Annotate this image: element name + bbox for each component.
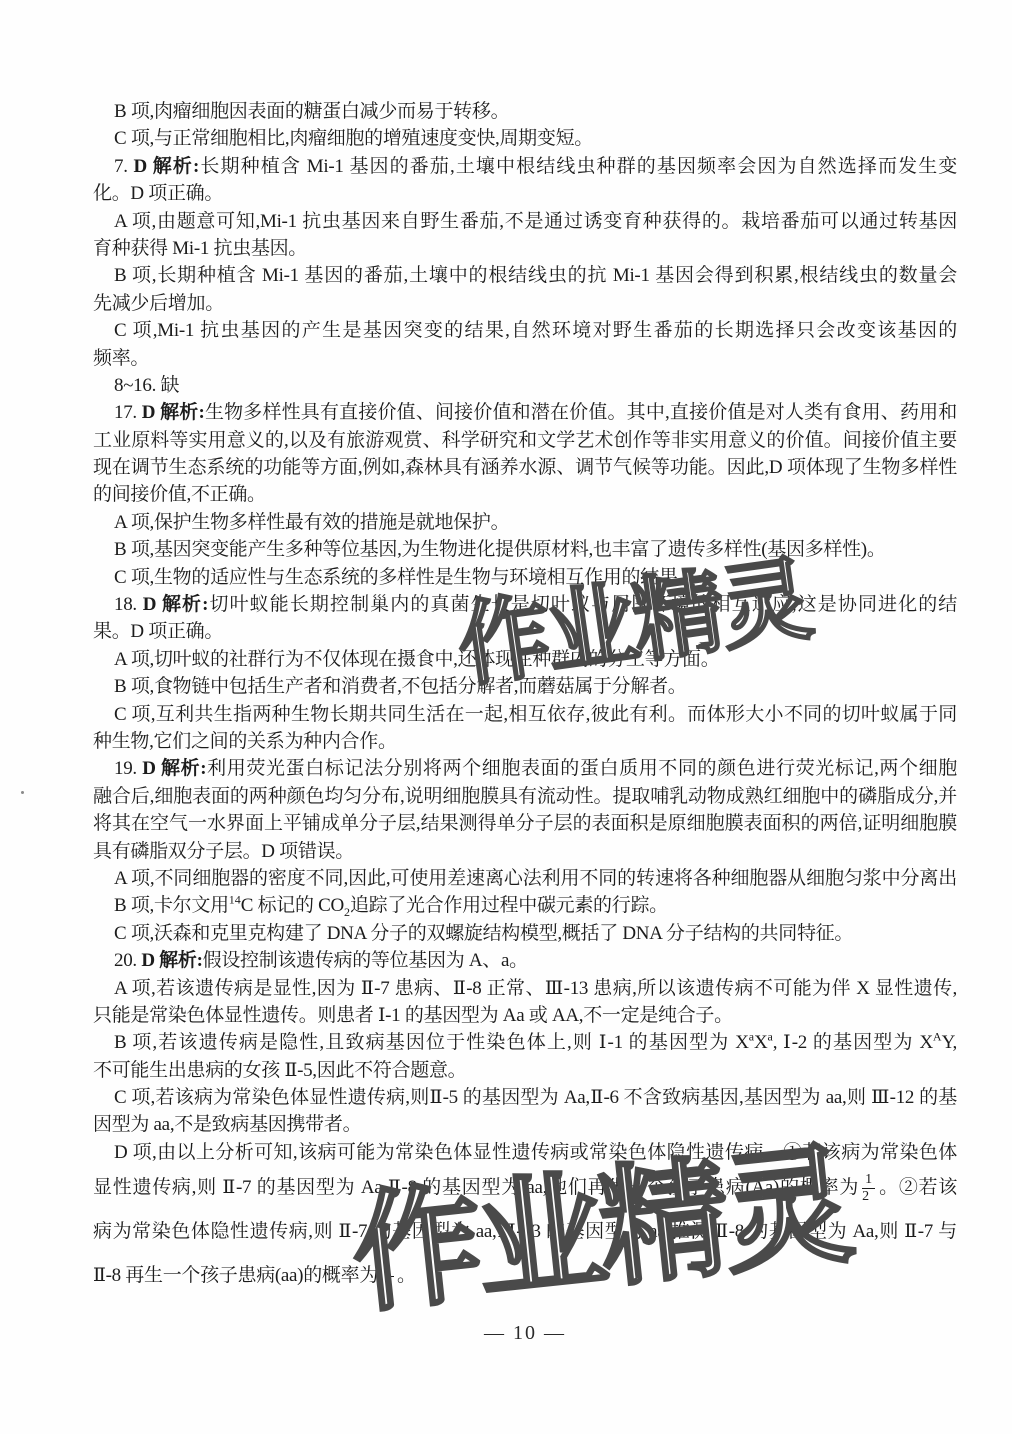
- text-line: 现在调节生态系统的功能等方面,例如,森林具有涵养水源、调节气候等功能。因此,D …: [93, 454, 957, 481]
- text-line: 频率。: [93, 345, 957, 372]
- text-line: 育种获得 Mi-1 抗虫基因。: [93, 235, 957, 262]
- text-line: B 项,基因突变能产生多种等位基因,为生物进化提供原材料,也丰富了遗传多样性(基…: [93, 536, 957, 563]
- answer-label: D 解析:: [142, 758, 206, 779]
- document-page: B 项,肉瘤细胞因表面的糖蛋白减少而易于转移。C 项,与正常细胞相比,肉瘤细胞的…: [0, 0, 1012, 1434]
- text-line: C 项,沃森和克里克构建了 DNA 分子的双螺旋结构模型,概括了 DNA 分子结…: [93, 920, 957, 947]
- text-line: B 项,卡尔文用14C 标记的 CO2追踪了光合作用过程中碳元素的行踪。: [93, 892, 957, 919]
- text-line: 种生物,它们之间的关系为种内合作。: [93, 728, 957, 755]
- answer-label: D 解析:: [142, 402, 205, 423]
- fraction: 12: [862, 1173, 875, 1205]
- text-line: A 项,若该遗传病是显性,因为 Ⅱ-7 患病、Ⅱ-8 正常、Ⅲ-13 患病,所以…: [93, 975, 957, 1002]
- text-line: C 项,Mi-1 抗虫基因的产生是基因突变的结果,自然环境对野生番茄的长期选择只…: [93, 317, 957, 344]
- text-line: C 项,互利共生指两种生物长期共同生活在一起,相互依存,彼此有利。而体形大小不同…: [93, 701, 957, 728]
- scan-speck: [21, 791, 24, 794]
- text-line: B 项,若该遗传病是隐性,且致病基因位于性染色体上,则 Ⅰ-1 的基因型为 Xa…: [93, 1029, 957, 1056]
- text-line: 8~16. 缺: [93, 372, 957, 399]
- text-line: C 项,与正常细胞相比,肉瘤细胞的增殖速度变快,周期变短。: [93, 125, 957, 152]
- text-line: 19. D 解析:利用荧光蛋白标记法分别将两个细胞表面的蛋白质用不同的颜色进行荧…: [93, 755, 957, 782]
- text-line: A 项,保护生物多样性最有效的措施是就地保护。: [93, 509, 957, 536]
- text-line: A 项,不同细胞器的密度不同,因此,可使用差速离心法利用不同的转速将各种细胞器从…: [93, 865, 957, 892]
- answer-label: D 解析:: [143, 594, 208, 615]
- text-line: 先减少后增加。: [93, 290, 957, 317]
- text-line: B 项,长期种植含 Mi-1 基因的番茄,土壤中的根结线虫的抗 Mi-1 基因会…: [93, 262, 957, 289]
- text-line: 的间接价值,不正确。: [93, 481, 957, 508]
- text-line: 7. D 解析:长期种植含 Mi-1 基因的番茄,土壤中根结线虫种群的基因频率会…: [93, 153, 957, 180]
- text-line: 不可能生出患病的女孩 Ⅱ-5,因此不符合题意。: [93, 1057, 957, 1084]
- text-line: 具有磷脂双分子层。D 项错误。: [93, 838, 957, 865]
- text-line: B 项,肉瘤细胞因表面的糖蛋白减少而易于转移。: [93, 98, 957, 125]
- page-number: — 10 —: [93, 1322, 957, 1345]
- text-line: 只能是常染色体显性遗传。则患者 Ⅰ-1 的基因型为 Aa 或 AA,不一定是纯合…: [93, 1002, 957, 1029]
- answer-label: D 解析:: [141, 950, 202, 971]
- answer-label: D 解析:: [134, 156, 200, 177]
- text-line: 20. D 解析:假设控制该遗传病的等位基因为 A、a。: [93, 947, 957, 974]
- text-line: 工业原料等实用意义的,以及有旅游观赏、科学研究和文学艺术创作等非实用意义的价值。…: [93, 427, 957, 454]
- text-line: 17. D 解析:生物多样性具有直接价值、间接价值和潜在价值。其中,直接价值是对…: [93, 399, 957, 426]
- text-line: 将其在空气一水界面上平铺成单分子层,结果测得单分子层的表面积是原细胞膜表面积的两…: [93, 810, 957, 837]
- text-line: 融合后,细胞表面的两种颜色均匀分布,说明细胞膜具有流动性。提取哺乳动物成熟红细胞…: [93, 783, 957, 810]
- text-line: A 项,由题意可知,Mi-1 抗虫基因来自野生番茄,不是通过诱变育种获得的。栽培…: [93, 208, 957, 235]
- text-line: 化。D 项正确。: [93, 180, 957, 207]
